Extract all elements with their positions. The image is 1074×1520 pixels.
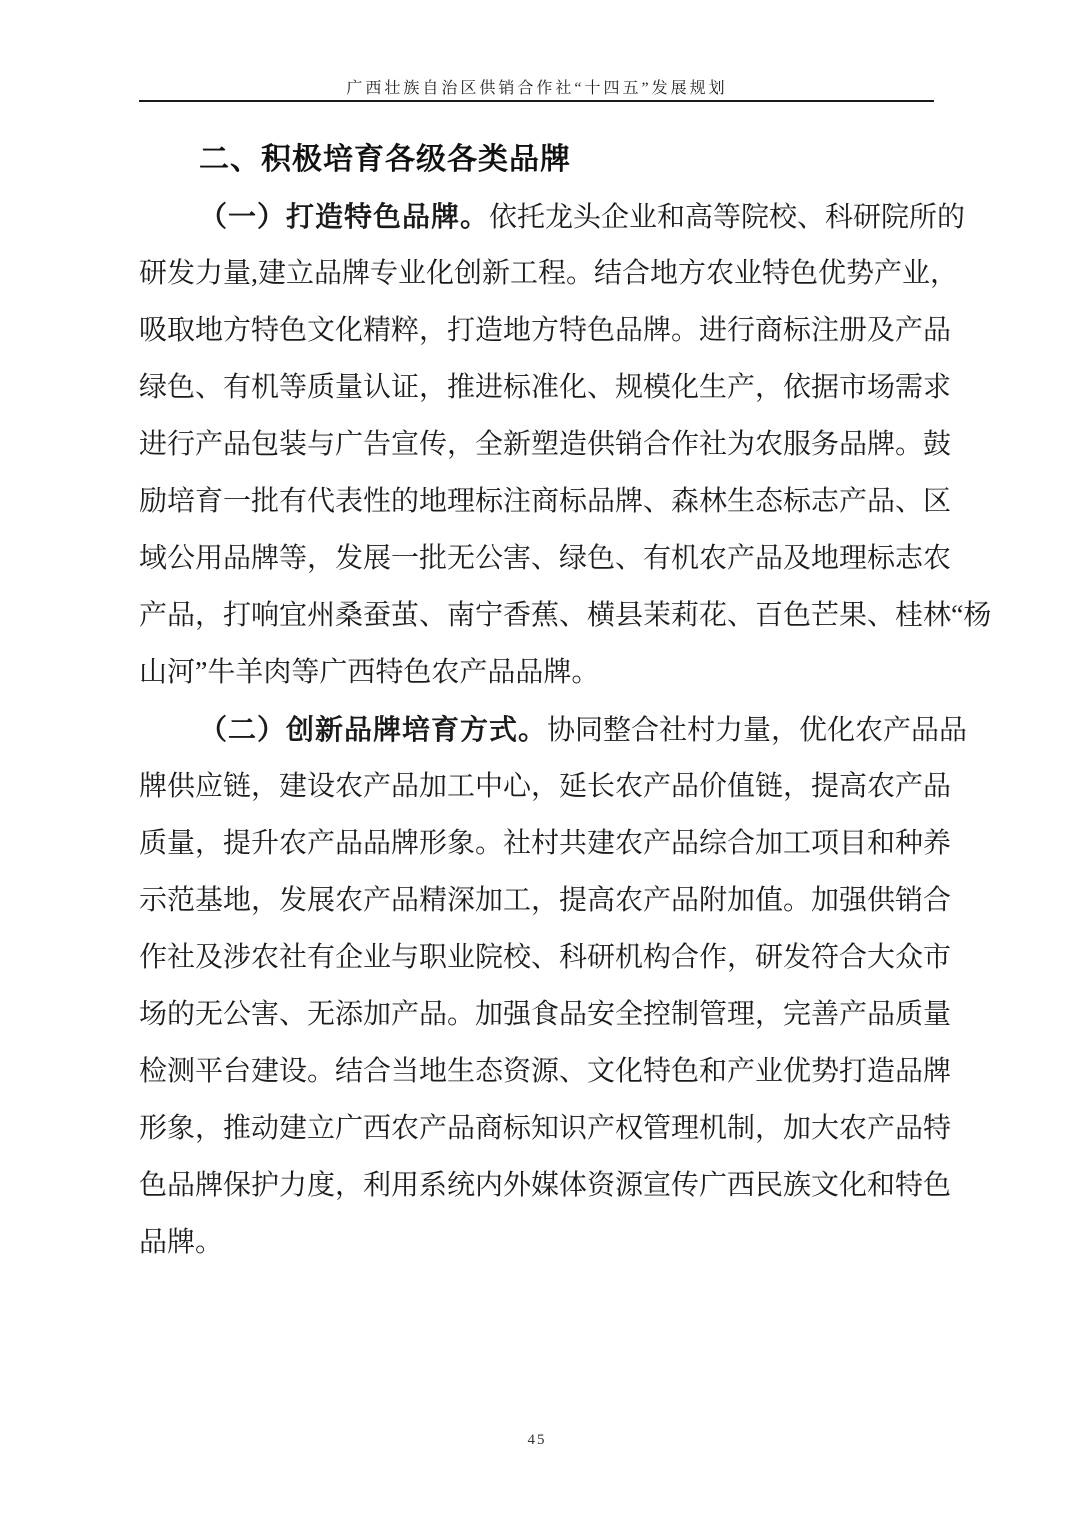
text-line: 色品牌保护力度，利用系统内外媒体资源宣传广西民族文化和特色 — [139, 1157, 935, 1214]
text-line: 研发力量,建立品牌专业化创新工程。结合地方农业特色优势产业， — [139, 245, 935, 302]
text-line: （二）创新品牌培育方式。协同整合社村力量，优化农产品品 — [139, 701, 935, 758]
header-rule — [139, 100, 934, 102]
text-line: 绿色、有机等质量认证，推进标准化、规模化生产，依据市场需求 — [139, 359, 935, 416]
page-number: 45 — [0, 1432, 1074, 1449]
section-heading: 二、积极培育各级各类品牌 — [199, 134, 571, 178]
text-line-text: 协同整合社村力量，优化农产品品 — [547, 715, 967, 746]
paragraph-2-lead: （二）创新品牌培育方式。 — [199, 714, 547, 745]
document-body: （一）打造特色品牌。依托龙头企业和高等院校、科研院所的 研发力量,建立品牌专业化… — [139, 188, 935, 1271]
text-line: 励培育一批有代表性的地理标注商标品牌、森林生态标志产品、区 — [139, 473, 935, 530]
text-line: （一）打造特色品牌。依托龙头企业和高等院校、科研院所的 — [139, 188, 935, 245]
text-line: 质量，提升农产品品牌形象。社村共建农产品综合加工项目和种养 — [139, 815, 935, 872]
text-line-text: 依托龙头企业和高等院校、科研院所的 — [489, 202, 965, 233]
text-line: 山河”牛羊肉等广西特色农产品品牌。 — [139, 644, 935, 701]
text-line: 进行产品包装与广告宣传，全新塑造供销合作社为农服务品牌。鼓 — [139, 416, 935, 473]
paragraph-2: （二）创新品牌培育方式。协同整合社村力量，优化农产品品 牌供应链，建设农产品加工… — [139, 701, 935, 1271]
paragraph-1-lead: （一）打造特色品牌。 — [199, 201, 489, 232]
text-line: 形象，推动建立广西农产品商标知识产权管理机制，加大农产品特 — [139, 1100, 935, 1157]
text-line: 域公用品牌等，发展一批无公害、绿色、有机农产品及地理标志农 — [139, 530, 935, 587]
text-line: 示范基地，发展农产品精深加工，提高农产品附加值。加强供销合 — [139, 872, 935, 929]
text-line: 场的无公害、无添加产品。加强食品安全控制管理，完善产品质量 — [139, 986, 935, 1043]
document-header-title: 广西壮族自治区供销合作社“十四五”发展规划 — [0, 75, 1074, 98]
text-line: 作社及涉农社有企业与职业院校、科研机构合作，研发符合大众市 — [139, 929, 935, 986]
text-line: 产品，打响宜州桑蚕茧、南宁香蕉、横县茉莉花、百色芒果、桂林“杨 — [139, 587, 935, 644]
text-line: 检测平台建设。结合当地生态资源、文化特色和产业优势打造品牌 — [139, 1043, 935, 1100]
text-line: 品牌。 — [139, 1214, 935, 1271]
text-line: 吸取地方特色文化精粹，打造地方特色品牌。进行商标注册及产品 — [139, 302, 935, 359]
text-line: 牌供应链，建设农产品加工中心，延长农产品价值链，提高农产品 — [139, 758, 935, 815]
document-page: 广西壮族自治区供销合作社“十四五”发展规划 二、积极培育各级各类品牌 （一）打造… — [0, 0, 1074, 1520]
paragraph-1: （一）打造特色品牌。依托龙头企业和高等院校、科研院所的 研发力量,建立品牌专业化… — [139, 188, 935, 701]
